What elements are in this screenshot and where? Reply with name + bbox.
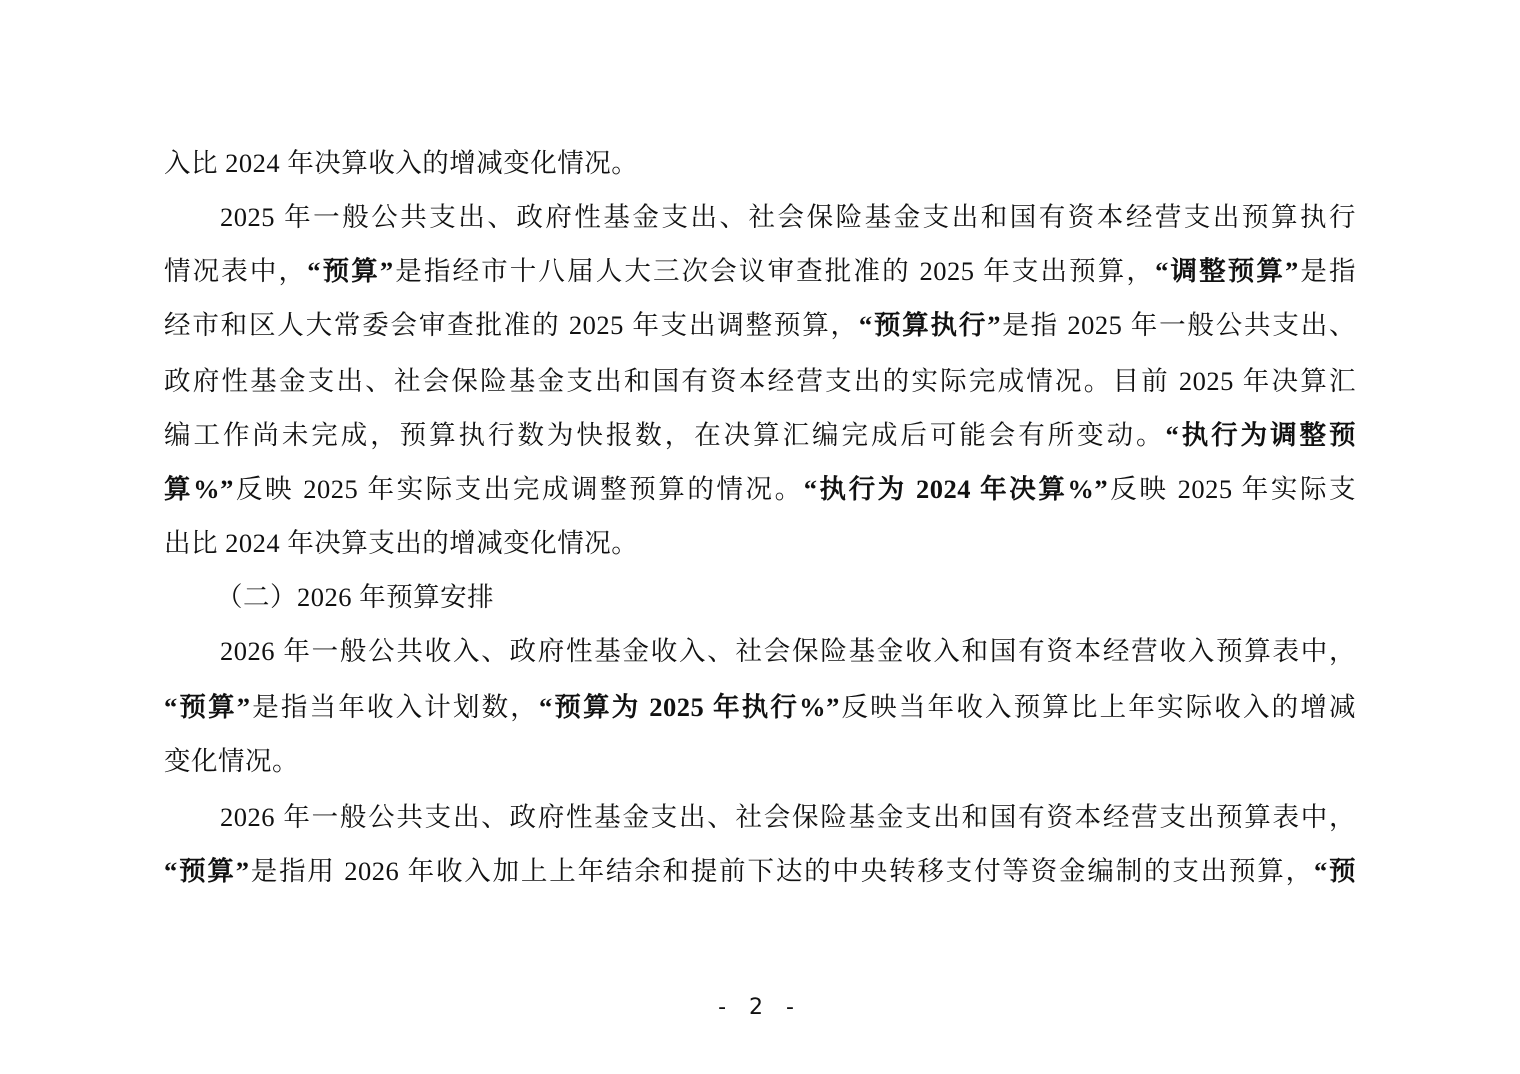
paragraph-start-line: 2026 年一般公共支出、政府性基金支出、社会保险基金支出和国有资本经营支出预算…: [220, 790, 1356, 844]
text-line: 入比 2024 年决算收入的增减变化情况。: [164, 136, 1356, 190]
text-run: 编工作尚未完成，预算执行数为快报数，在决算汇编完成后可能会有所变动。: [164, 420, 1166, 450]
text-run: 是指: [1299, 256, 1356, 286]
text-run: 是指当年收入计划数，: [251, 692, 539, 722]
section-heading: （二）2026 年预算安排: [216, 570, 1408, 624]
text-run: 出比 2024 年决算支出的增减变化情况。: [164, 528, 638, 558]
text-line: “预算”是指当年收入计划数，“预算为 2025 年执行%”反映当年收入预算比上年…: [164, 680, 1356, 734]
text-line: 算%”反映 2025 年实际支出完成调整预算的情况。“执行为 2024 年决算%…: [164, 462, 1356, 516]
bold-term: 算%”: [164, 474, 234, 504]
bold-term: “执行为调整预: [1166, 420, 1357, 450]
bold-term: “调整预算”: [1155, 256, 1299, 286]
text-line: 编工作尚未完成，预算执行数为快报数，在决算汇编完成后可能会有所变动。“执行为调整…: [164, 408, 1356, 462]
text-line: 出比 2024 年决算支出的增减变化情况。: [164, 516, 1356, 570]
text-run: 反映 2025 年实际支出完成调整预算的情况。: [234, 474, 804, 504]
text-run: 变化情况。: [164, 746, 299, 776]
text-line: 政府性基金支出、社会保险基金支出和国有资本经营支出的实际完成情况。目前 2025…: [164, 354, 1356, 408]
text-run: 2026 年一般公共收入、政府性基金收入、社会保险基金收入和国有资本经营收入预算…: [220, 636, 1356, 666]
heading-text: （二）2026 年预算安排: [216, 582, 494, 612]
text-line: 情况表中，“预算”是指经市十八届人大三次会议审查批准的 2025 年支出预算，“…: [164, 244, 1356, 298]
text-run: 2026 年一般公共支出、政府性基金支出、社会保险基金支出和国有资本经营支出预算…: [220, 802, 1356, 832]
text-run: 反映 2025 年实际支: [1108, 474, 1356, 504]
text-run: 情况表中，: [164, 256, 307, 286]
paragraph-start-line: 2025 年一般公共支出、政府性基金支出、社会保险基金支出和国有资本经营支出预算…: [220, 190, 1356, 244]
text-run: 是指 2025 年一般公共支出、: [1001, 310, 1356, 340]
paragraph-start-line: 2026 年一般公共收入、政府性基金收入、社会保险基金收入和国有资本经营收入预算…: [220, 624, 1356, 678]
text-line: 经市和区人大常委会审查批准的 2025 年支出调整预算，“预算执行”是指 202…: [164, 298, 1356, 352]
bold-term: “预: [1314, 856, 1356, 886]
text-run: 2025 年一般公共支出、政府性基金支出、社会保险基金支出和国有资本经营支出预算…: [220, 202, 1356, 232]
text-run: 经市和区人大常委会审查批准的 2025 年支出调整预算，: [164, 310, 859, 340]
text-run: 入比 2024 年决算收入的增减变化情况。: [164, 148, 638, 178]
bold-term: “预算”: [164, 692, 251, 722]
text-line: “预算”是指用 2026 年收入加上上年结余和提前下达的中央转移支付等资金编制的…: [164, 844, 1356, 898]
bold-term: “预算为 2025 年执行%”: [539, 692, 840, 722]
text-run: 反映当年收入预算比上年实际收入的增减: [840, 692, 1356, 722]
bold-term: “预算”: [164, 856, 249, 886]
text-run: 是指经市十八届人大三次会议审查批准的 2025 年支出预算，: [394, 256, 1155, 286]
text-line: 变化情况。: [164, 734, 1356, 788]
text-run: 是指用 2026 年收入加上上年结余和提前下达的中央转移支付等资金编制的支出预算…: [249, 856, 1313, 886]
bold-term: “执行为 2024 年决算%”: [804, 474, 1108, 504]
document-page: 入比 2024 年决算收入的增减变化情况。 2025 年一般公共支出、政府性基金…: [0, 0, 1520, 1074]
text-run: 政府性基金支出、社会保险基金支出和国有资本经营支出的实际完成情况。目前 2025…: [164, 366, 1356, 396]
bold-term: “预算执行”: [859, 310, 1001, 340]
bold-term: “预算”: [307, 256, 393, 286]
page-number: - 2 -: [0, 995, 1520, 1020]
